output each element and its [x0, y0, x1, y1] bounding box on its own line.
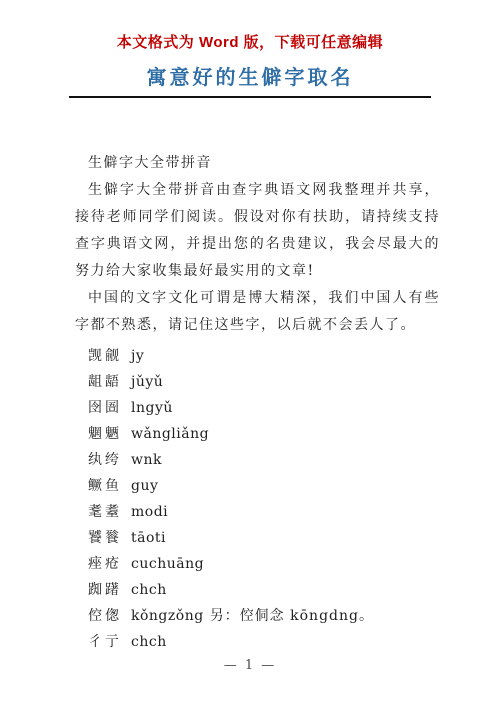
word-list-item: 饕餮tāoti: [75, 525, 440, 551]
pinyin: wǎngliǎng: [131, 426, 209, 442]
pinyin: lngyǔ: [131, 400, 173, 416]
word-list-item: 痤疮cuchuāng: [75, 551, 440, 577]
rare-word: 觊觎: [88, 348, 122, 364]
word-list-item: 鳜鱼guy: [75, 473, 440, 499]
document-page: 本文格式为 Word 版，下载可任意编辑 寓意好的生僻字取名 生僻字大全带拼音 …: [0, 0, 500, 707]
title-underline-rule: [69, 96, 431, 98]
header-note: 本文格式为 Word 版，下载可任意编辑: [0, 31, 500, 52]
rare-word: 纨绔: [88, 452, 122, 468]
rare-word: 囹圄: [88, 400, 122, 416]
pinyin: chch: [131, 582, 167, 598]
word-list-item: 纨绔wnk: [75, 447, 440, 473]
word-list-item: 觊觎jy: [75, 343, 440, 369]
pinyin: jy: [131, 348, 144, 364]
paragraph: 生僻字大全带拼音由查字典语文网我整理并共享，接待老师同学们阅读。假设对你有扶助，…: [75, 177, 440, 285]
section-heading: 生僻字大全带拼音: [75, 150, 440, 177]
pinyin: wnk: [131, 452, 162, 468]
document-body: 生僻字大全带拼音 生僻字大全带拼音由查字典语文网我整理并共享，接待老师同学们阅读…: [75, 150, 440, 655]
pinyin: guy: [131, 478, 158, 494]
rare-word: 倥偬: [88, 608, 122, 624]
pinyin: cuchuāng: [131, 556, 204, 572]
pinyin: modi: [131, 504, 168, 520]
pinyin: chch: [131, 634, 167, 650]
rare-word-list: 觊觎jy 龃龉jǔyǔ 囹圄lngyǔ 魍魉wǎngliǎng 纨绔wnk 鳜鱼…: [75, 343, 440, 655]
rare-word: 鳜鱼: [88, 478, 122, 494]
rare-word: 龃龉: [88, 374, 122, 390]
document-title: 寓意好的生僻字取名: [0, 61, 500, 90]
pinyin: tāoti: [131, 530, 166, 546]
rare-word: 彳亍: [88, 634, 122, 650]
paragraph: 中国的文字文化可谓是博大精深，我们中国人有些字都不熟悉，请记住这些字，以后就不会…: [75, 285, 440, 339]
rare-word: 痤疮: [88, 556, 122, 572]
rare-word: 踟躇: [88, 582, 122, 598]
rare-word: 耄耋: [88, 504, 122, 520]
pinyin-note: 另：倥侗念 kōngdng。: [210, 608, 374, 624]
word-list-item: 踟躇chch: [75, 577, 440, 603]
word-list-item: 倥偬kǒngzǒng另：倥侗念 kōngdng。: [75, 603, 440, 629]
word-list-item: 囹圄lngyǔ: [75, 395, 440, 421]
word-list-item: 彳亍chch: [75, 629, 440, 655]
pinyin: jǔyǔ: [131, 374, 163, 390]
word-list-item: 龃龉jǔyǔ: [75, 369, 440, 395]
word-list-item: 魍魉wǎngliǎng: [75, 421, 440, 447]
rare-word: 饕餮: [88, 530, 122, 546]
word-list-item: 耄耋modi: [75, 499, 440, 525]
pinyin: kǒngzǒng: [131, 608, 204, 624]
page-number: — 1 —: [0, 658, 500, 673]
rare-word: 魍魉: [88, 426, 122, 442]
